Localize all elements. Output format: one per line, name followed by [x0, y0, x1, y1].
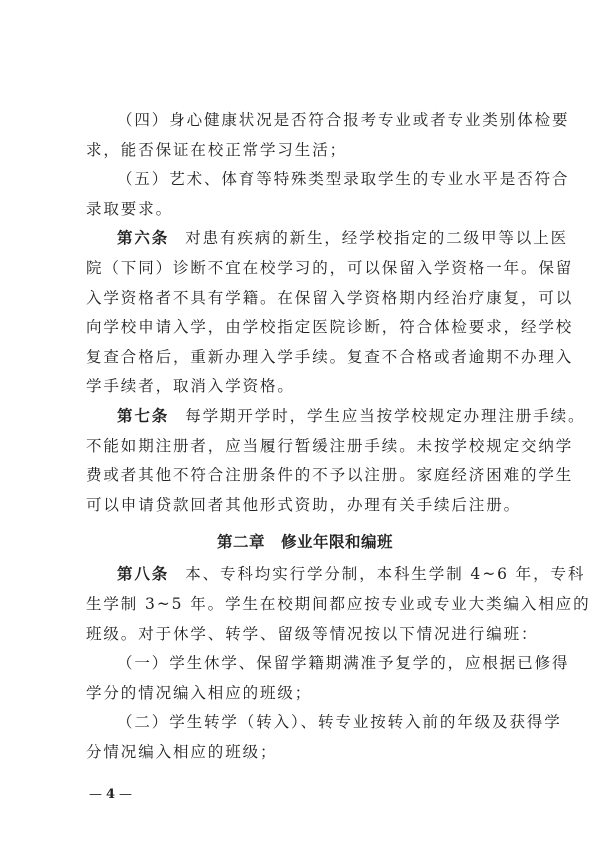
- text-line: 班级。对于休学、转学、留级等情况按以下情况进行编班：: [86, 620, 524, 650]
- text-line: 学手续者，取消入学资格。: [86, 372, 524, 402]
- text-line: （二）学生转学（转入）、转专业按转入前的年级及获得学: [86, 708, 524, 738]
- article-text: 对患有疾病的新生，经学校指定的二级甲等以上医: [185, 229, 568, 247]
- text-line: 第六条对患有疾病的新生，经学校指定的二级甲等以上医: [86, 224, 524, 254]
- article-label: 第七条: [117, 407, 169, 425]
- page-number: —4—: [89, 787, 132, 802]
- paragraph-item-5: （五）艺术、体育等特殊类型录取学生的专业水平是否符合 录取要求。: [86, 165, 524, 224]
- text-line: 不能如期注册者，应当履行暂缓注册手续。未按学校规定交纳学: [86, 432, 524, 462]
- article-8: 第八条本、专科均实行学分制，本科生学制 4~6 年，专科 生学制 3~5 年。学…: [86, 560, 524, 649]
- text-line: （四）身心健康状况是否符合报考专业或者专业类别体检要: [86, 106, 524, 136]
- text-line: 向学校申请入学，由学校指定医院诊断，符合体检要求，经学校: [86, 313, 524, 343]
- text-line: 院（下同）诊断不宜在校学习的，可以保留入学资格一年。保留: [86, 254, 524, 284]
- page-number-dash-right: —: [119, 787, 132, 802]
- text-line: 第八条本、专科均实行学分制，本科生学制 4~6 年，专科: [86, 560, 524, 590]
- text-line: 生学制 3~5 年。学生在校期间都应按专业或专业大类编入相应的: [86, 590, 524, 620]
- document-page: （四）身心健康状况是否符合报考专业或者专业类别体检要 求，能否保证在校正常学习生…: [0, 0, 600, 848]
- text-line: 入学资格者不具有学籍。在保留入学资格期内经治疗康复，可以: [86, 284, 524, 314]
- text-line: 第七条每学期开学时，学生应当按学校规定办理注册手续。: [86, 402, 524, 432]
- paragraph-item-4: （四）身心健康状况是否符合报考专业或者专业类别体检要 求，能否保证在校正常学习生…: [86, 106, 524, 165]
- text-line: 复查合格后，重新办理入学手续。复查不合格或者逾期不办理入: [86, 343, 524, 373]
- article-label: 第八条: [117, 565, 169, 583]
- article-7: 第七条每学期开学时，学生应当按学校规定办理注册手续。 不能如期注册者，应当履行暂…: [86, 402, 524, 520]
- text-line: 费或者其他不符合注册条件的不予以注册。家庭经济困难的学生: [86, 461, 524, 491]
- article-text: 本、专科均实行学分制，本科生学制 4~6 年，专科: [185, 565, 585, 583]
- text-line: 可以申请贷款回者其他形式资助，办理有关手续后注册。: [86, 491, 524, 521]
- text-line: 分情况编入相应的班级；: [86, 738, 524, 768]
- paragraph-item-2: （二）学生转学（转入）、转专业按转入前的年级及获得学 分情况编入相应的班级；: [86, 708, 524, 767]
- document-body: （四）身心健康状况是否符合报考专业或者专业类别体检要 求，能否保证在校正常学习生…: [86, 106, 524, 767]
- text-line: 求，能否保证在校正常学习生活；: [86, 136, 524, 166]
- page-number-dash-left: —: [89, 787, 102, 802]
- text-line: （一）学生休学、保留学籍期满准予复学的，应根据已修得: [86, 649, 524, 679]
- chapter-heading: 第二章 修业年限和编班: [86, 524, 524, 560]
- article-6: 第六条对患有疾病的新生，经学校指定的二级甲等以上医 院（下同）诊断不宜在校学习的…: [86, 224, 524, 402]
- article-text: 每学期开学时，学生应当按学校规定办理注册手续。: [185, 407, 585, 425]
- text-line: 录取要求。: [86, 195, 524, 225]
- article-label: 第六条: [117, 229, 169, 247]
- text-line: （五）艺术、体育等特殊类型录取学生的专业水平是否符合: [86, 165, 524, 195]
- text-line: 学分的情况编入相应的班级；: [86, 679, 524, 709]
- paragraph-item-1: （一）学生休学、保留学籍期满准予复学的，应根据已修得 学分的情况编入相应的班级；: [86, 649, 524, 708]
- page-number-value: 4: [106, 787, 115, 802]
